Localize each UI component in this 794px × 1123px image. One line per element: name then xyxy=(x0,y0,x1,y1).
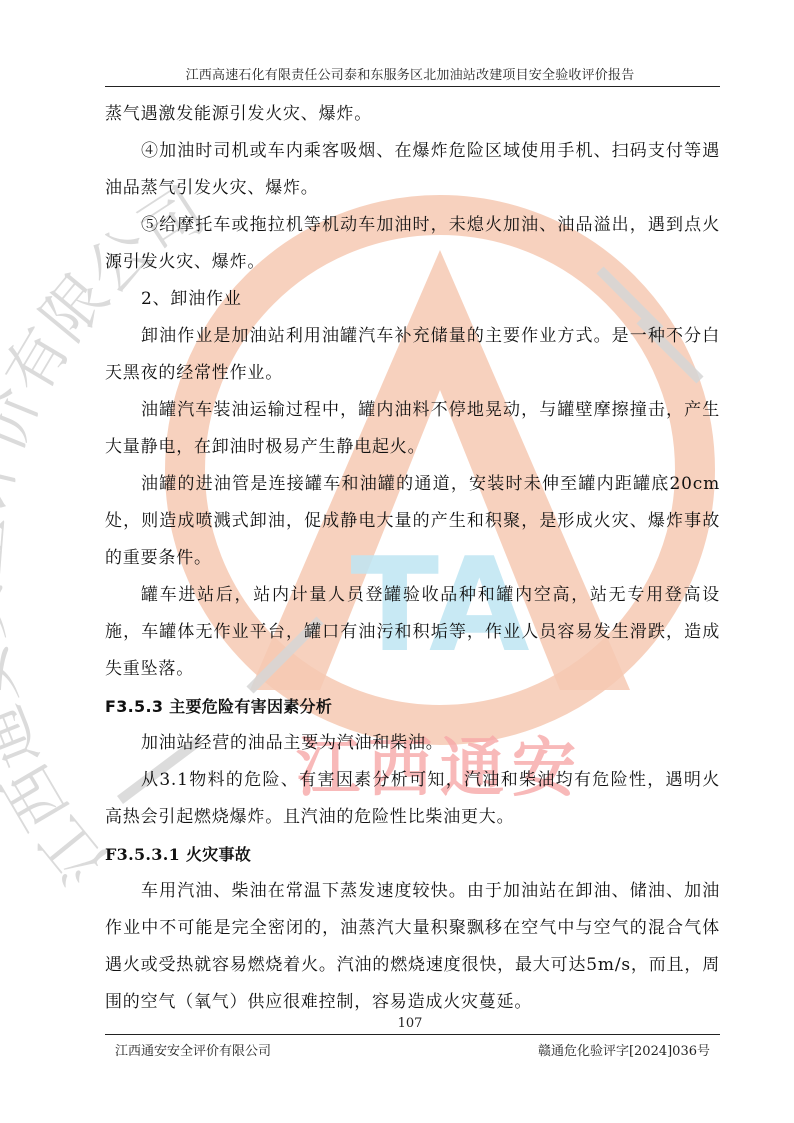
paragraph: 车用汽油、柴油在常温下蒸发速度较快。由于加油站在卸油、储油、加油作业中不可能是完… xyxy=(105,873,720,1021)
subsection-label: 2、卸油作业 xyxy=(105,281,720,318)
document-body: 蒸气遇激发能源引发火灾、爆炸。 ④加油时司机或车内乘客吸烟、在爆炸危险区域使用手… xyxy=(105,96,720,1021)
header-divider xyxy=(105,86,720,87)
document-page: 江西高速石化有限责任公司泰和东服务区北加油站改建项目安全验收评价报告 TA 江西… xyxy=(0,0,794,1123)
footer-company: 江西通安安全评价有限公司 xyxy=(115,1040,271,1059)
footer-doc-number: 赣通危化验评字[2024]036号 xyxy=(538,1040,710,1059)
paragraph: ⑤给摩托车或拖拉机等机动车加油时，未熄火加油、油品溢出，遇到点火源引发火灾、爆炸… xyxy=(105,207,720,281)
subsection-heading: F3.5.3.1 火灾事故 xyxy=(105,836,720,873)
paragraph: ④加油时司机或车内乘客吸烟、在爆炸危险区域使用手机、扫码支付等遇油品蒸气引发火灾… xyxy=(105,133,720,207)
running-header: 江西高速石化有限责任公司泰和东服务区北加油站改建项目安全验收评价报告 xyxy=(100,64,720,83)
footer-divider xyxy=(105,1034,720,1035)
paragraph: 罐车进站后，站内计量人员登罐验收品种和罐内空高，站无专用登高设施，车罐体无作业平… xyxy=(105,577,720,688)
paragraph: 蒸气遇激发能源引发火灾、爆炸。 xyxy=(105,96,720,133)
section-heading: F3.5.3 主要危险有害因素分析 xyxy=(105,688,720,725)
paragraph: 油罐汽车装油运输过程中，罐内油料不停地晃动，与罐壁摩擦撞击，产生大量静电，在卸油… xyxy=(105,392,720,466)
paragraph: 从3.1物料的危险、有害因素分析可知，汽油和柴油均有危险性，遇明火高热会引起燃烧… xyxy=(105,762,720,836)
paragraph: 油罐的进油管是连接罐车和油罐的通道，安装时未伸至罐内距罐底20cm处，则造成喷溅… xyxy=(105,466,720,577)
paragraph: 卸油作业是加油站利用油罐汽车补充储量的主要作业方式。是一种不分白天黑夜的经常性作… xyxy=(105,318,720,392)
paragraph: 加油站经营的油品主要为汽油和柴油。 xyxy=(105,725,720,762)
